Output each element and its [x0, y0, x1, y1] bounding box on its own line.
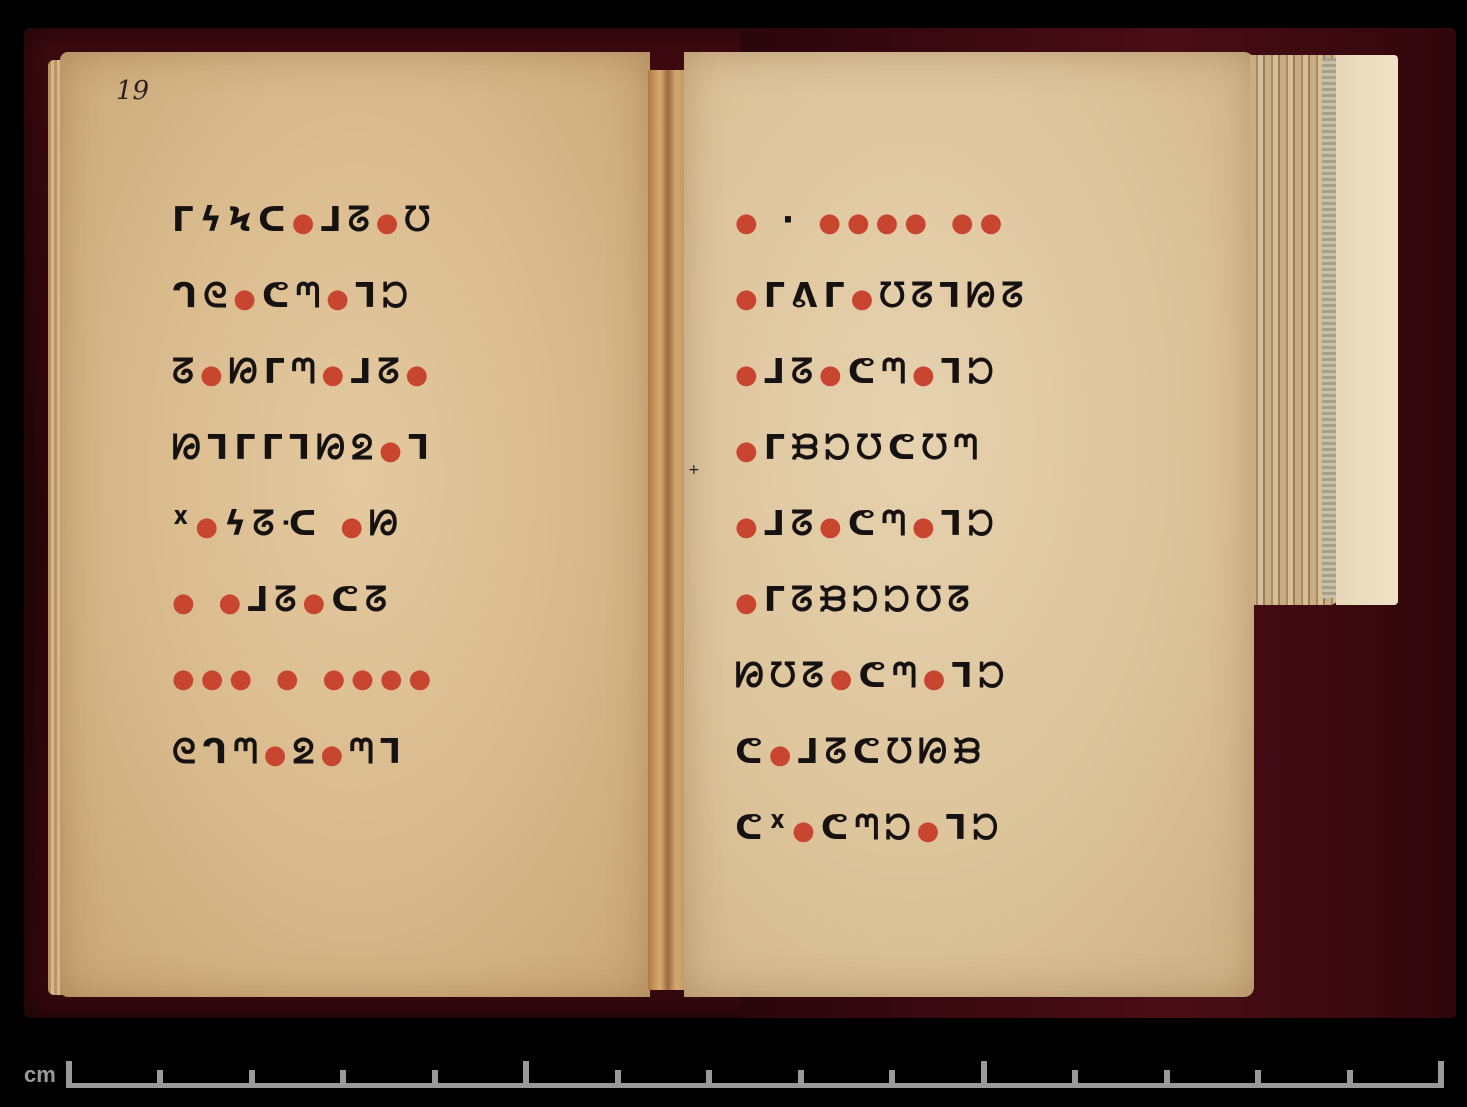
left-page-script-line: ГϟϞᑕ●ᒧᘔ●ᘮ: [172, 200, 436, 240]
scale-bar: cm: [0, 1040, 1467, 1107]
scale-tick: [523, 1061, 529, 1088]
left-page-script-line: ᘙᒣᒥᒥᒣᘙᘖ●ᒣ: [172, 428, 435, 468]
right-page-script-line: ● · ●●●● ●●: [735, 200, 1008, 240]
scale-tick: [157, 1070, 163, 1088]
right-page-script-line: ᕦ●ᒧᘔᕦᘮᘙᙖ: [735, 732, 987, 772]
right-page-script-line: ●ᒧᘔ●ᕦᘉ●ᒣᘰ: [735, 352, 1000, 392]
book-gutter: [648, 70, 688, 990]
scale-tick: [1164, 1070, 1170, 1088]
scale-tick: [706, 1070, 712, 1088]
endpaper: [1336, 55, 1398, 605]
right-page-script-line: ●ᒧᘔ●ᕦᘉ●ᒣᘰ: [735, 504, 1000, 544]
scale-tick: [1347, 1070, 1353, 1088]
right-page-script-line: ᘙᘮᘔ●ᕦᘉ●ᒣᘰ: [735, 656, 1010, 696]
scale-tick: [889, 1070, 895, 1088]
right-page-script-line: ●ᒥᘔᙖᘰᘰᘮᘔ: [735, 580, 976, 620]
scale-tick: [340, 1070, 346, 1088]
left-page-script-line: ᘓᒉᘉ●ᘖ●ᘉᒣ: [172, 732, 407, 772]
scale-tick: [1255, 1070, 1261, 1088]
gilt-page-edge: [1322, 58, 1336, 598]
scale-tick: [615, 1070, 621, 1088]
scale-tick: [66, 1061, 72, 1088]
left-page-script-line: ᒉᘓ●ᕦᘉ●ᒣᘰ: [172, 276, 414, 316]
left-page-script-line: ●●● ● ●●●●: [172, 656, 437, 696]
folio-number: 19: [116, 76, 149, 106]
scale-tick: [432, 1070, 438, 1088]
right-page-script-line: ᕦᕽ●ᕦᘉᘰ●ᒣᘰ: [735, 808, 1004, 848]
scale-tick: [981, 1061, 987, 1088]
margin-mark: +: [688, 462, 700, 478]
scale-tick: [1072, 1070, 1078, 1088]
scale-bar-line: [66, 1083, 1441, 1088]
right-page-script-line: ●ᒥᕕᒥ●ᘮᘔᒣᘙᘔ: [735, 276, 1029, 316]
scale-tick: [1438, 1061, 1444, 1088]
scale-unit-label: cm: [24, 1062, 56, 1088]
scale-tick: [249, 1070, 255, 1088]
scale-tick: [798, 1070, 804, 1088]
right-page-script-line: ●ᒥᙖᘰᘮᕦᘮᘉ: [735, 428, 984, 468]
left-page-script-line: ● ●ᒧᘔ●ᕦᘔ: [172, 580, 393, 620]
left-page-script-line: ᘔ●ᘙᒥᘉ●ᒧᘔ●: [172, 352, 434, 392]
left-page-script-line: ᕽ●ϟᘔᑡ ●ᘙ: [172, 504, 404, 544]
